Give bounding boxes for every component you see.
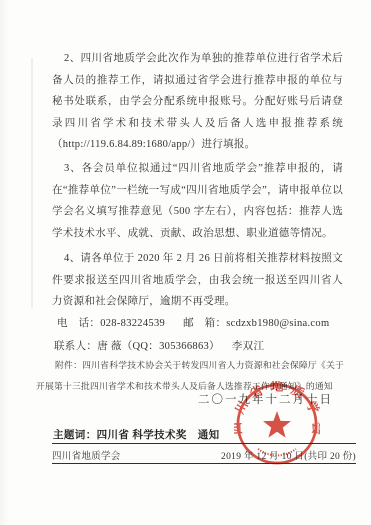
contact-person-1: 唐 薇（QQ：305366863） [97,341,220,352]
paragraph-3: 3、各会员单位拟通过“四川省地质学会”推荐申报的，请在“推荐单位”一栏统一写成“… [52,158,343,244]
document-date: 二〇一九年十二月十日 [0,391,371,407]
footer-row: 四川省地质学会 2019 年 12 月 10 日(共印 20 份) [52,448,356,462]
subject-keywords-line: 主题词：四川省 科学技术奖 通知 [53,427,220,442]
email-address: scdzxb1980@sina.com [226,318,329,329]
subject-label: 主题词： [53,430,97,441]
contact-phone-line: 电 话：028-83224539邮 箱：scdzxb1980@sina.com [52,313,352,335]
document-page: 2、四川省地质学会此次作为单独的推荐单位进行省学术后备人员的推荐工作，请拟通过省… [0,0,371,525]
contact-person-label: 联系人： [54,341,97,352]
issuer-name: 四川省地质学会 [52,448,121,462]
footer-divider-bottom [52,463,356,464]
footer-divider-top [52,443,356,444]
scan-artifact [31,58,33,308]
email-label: 邮 箱： [183,318,226,329]
paragraph-2: 2、四川省地质学会此次作为单独的推荐单位进行省学术后备人员的推荐工作，请拟通过省… [52,48,343,156]
print-date-copies: 2019 年 12 月 10 日(共印 20 份) [221,448,356,462]
contact-person-2: 李双江 [232,341,264,352]
star-icon [263,411,291,437]
phone-number: 028-83224539 [100,318,165,329]
subject-keywords: 四川省 科学技术奖 通知 [97,430,220,441]
phone-label: 电 话： [57,318,100,329]
paragraph-4: 4、请各单位于 2020 年 2 月 26 日前将相关推荐材料按照文件要求报送至… [52,248,343,313]
attachment-note: 附件：四川省科学技术协会关于转发四川省人力资源和社会保障厅《关于开展第十三批四川… [36,355,344,396]
